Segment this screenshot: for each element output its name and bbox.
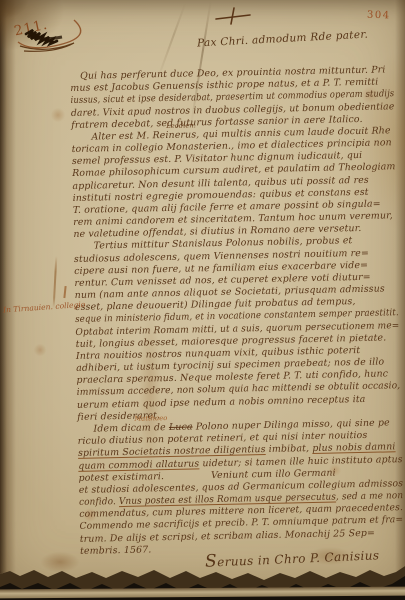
paper-sheet: 211. 304 Pax Chri. admodum Rde pater. Qu… [0, 0, 405, 586]
folio-number-right: 304 [367, 10, 391, 22]
line-text: tembris. 1567. [80, 544, 152, 556]
line-text: quam commodi allaturus [78, 458, 199, 472]
margin-tick-mark [63, 286, 66, 298]
line-text: , sed a me non [336, 490, 403, 502]
interlinear-note: Matthaeo [134, 415, 167, 423]
cross-icon [213, 6, 253, 26]
line-text: imbibat, [266, 443, 313, 455]
line-text: plus nobis damni [312, 442, 395, 455]
line-text: Idem dicam de [93, 422, 169, 435]
salutation-line: Pax Chri. admodum Rde pater. [197, 29, 369, 50]
manuscript-page: 211. 304 Pax Chri. admodum Rde pater. Qu… [0, 0, 405, 600]
line-text: confido. [79, 496, 119, 508]
margin-mark-line [53, 256, 58, 308]
margin-note: In Tirnauien. collegio [3, 301, 75, 314]
struck-word: Luca [169, 421, 193, 432]
ink-scribble-stamp [18, 26, 86, 56]
interlinear-note: Leodien. [166, 122, 196, 130]
next-page-edge [0, 587, 405, 599]
letter-body: Qui has perferunt duce Deo, ex prouintia… [70, 64, 404, 558]
